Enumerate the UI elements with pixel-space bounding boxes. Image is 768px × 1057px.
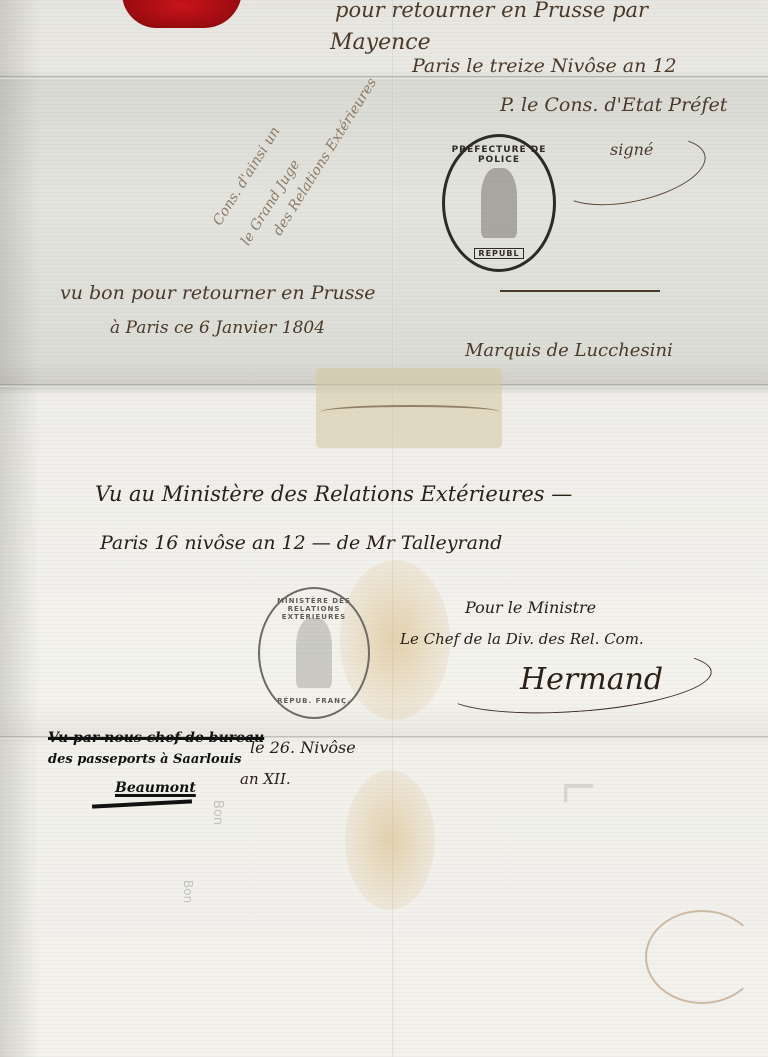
lucchesini-signature: Marquis de Lucchesini [465, 340, 673, 361]
water-stain [345, 770, 435, 910]
stamp-label: RÉPUB. FRANÇ. [277, 697, 351, 705]
stamp-label: REPUBL [474, 248, 523, 259]
document-page: Bon Bon L pour retourner en Prusse par M… [0, 0, 768, 1057]
handwritten-date: le 26. Nivôse [250, 738, 356, 757]
handwritten-line: vu bon pour retourner en Prusse [60, 282, 376, 304]
handwritten-line: Mayence [330, 30, 431, 55]
handwritten-date: à Paris ce 6 Janvier 1804 [110, 318, 325, 338]
handwritten-line: P. le Cons. d'Etat Préfet [500, 94, 727, 116]
seated-figure-icon [481, 168, 517, 238]
prefecture-police-stamp: PRÉFECTURE DE POLICE REPUBL [442, 134, 556, 272]
ministry-relations-stamp: MINISTÈRE DES RELATIONS EXTÉRIEURES RÉPU… [258, 587, 370, 719]
stamp-text: PRÉFECTURE DE POLICE [445, 145, 553, 165]
handwritten-line: pour retourner en Prusse par [335, 0, 648, 22]
ink-rule [92, 799, 192, 808]
seated-figure-icon [296, 618, 332, 688]
beaumont-signature: Beaumont [115, 780, 196, 796]
red-wax-seal [122, 0, 242, 28]
ink-rule [500, 290, 660, 292]
page-edge-shadow [0, 0, 40, 1057]
struck-line: Vu par nous chef de bureau [48, 730, 264, 746]
handwritten-line: Paris 16 nivôse an 12 — de Mr Talleyrand [100, 532, 502, 554]
paper-tear [320, 405, 500, 419]
signature-flourish [438, 641, 714, 722]
printed-form-showthrough: L [554, 780, 600, 802]
stamp-text: MINISTÈRE DES RELATIONS EXTÉRIEURES [265, 597, 362, 621]
handwritten-line: Vu au Ministère des Relations Extérieure… [95, 482, 572, 506]
handwritten-date: an XII. [240, 770, 291, 788]
diagonal-note-line: des Relations Extérieures [270, 75, 380, 238]
handwritten-line: Pour le Ministre [465, 598, 596, 617]
printed-form-showthrough: Bon [181, 880, 195, 903]
printed-form-showthrough: Bon [210, 800, 225, 825]
handwritten-line: Paris le treize Nivôse an 12 [412, 55, 677, 77]
signature-flourish [550, 125, 712, 217]
postal-circle-mark [645, 910, 759, 1004]
struck-line: des passeports à Saarlouis [48, 752, 241, 767]
handwritten-line: Le Chef de la Div. des Rel. Com. [400, 630, 644, 648]
